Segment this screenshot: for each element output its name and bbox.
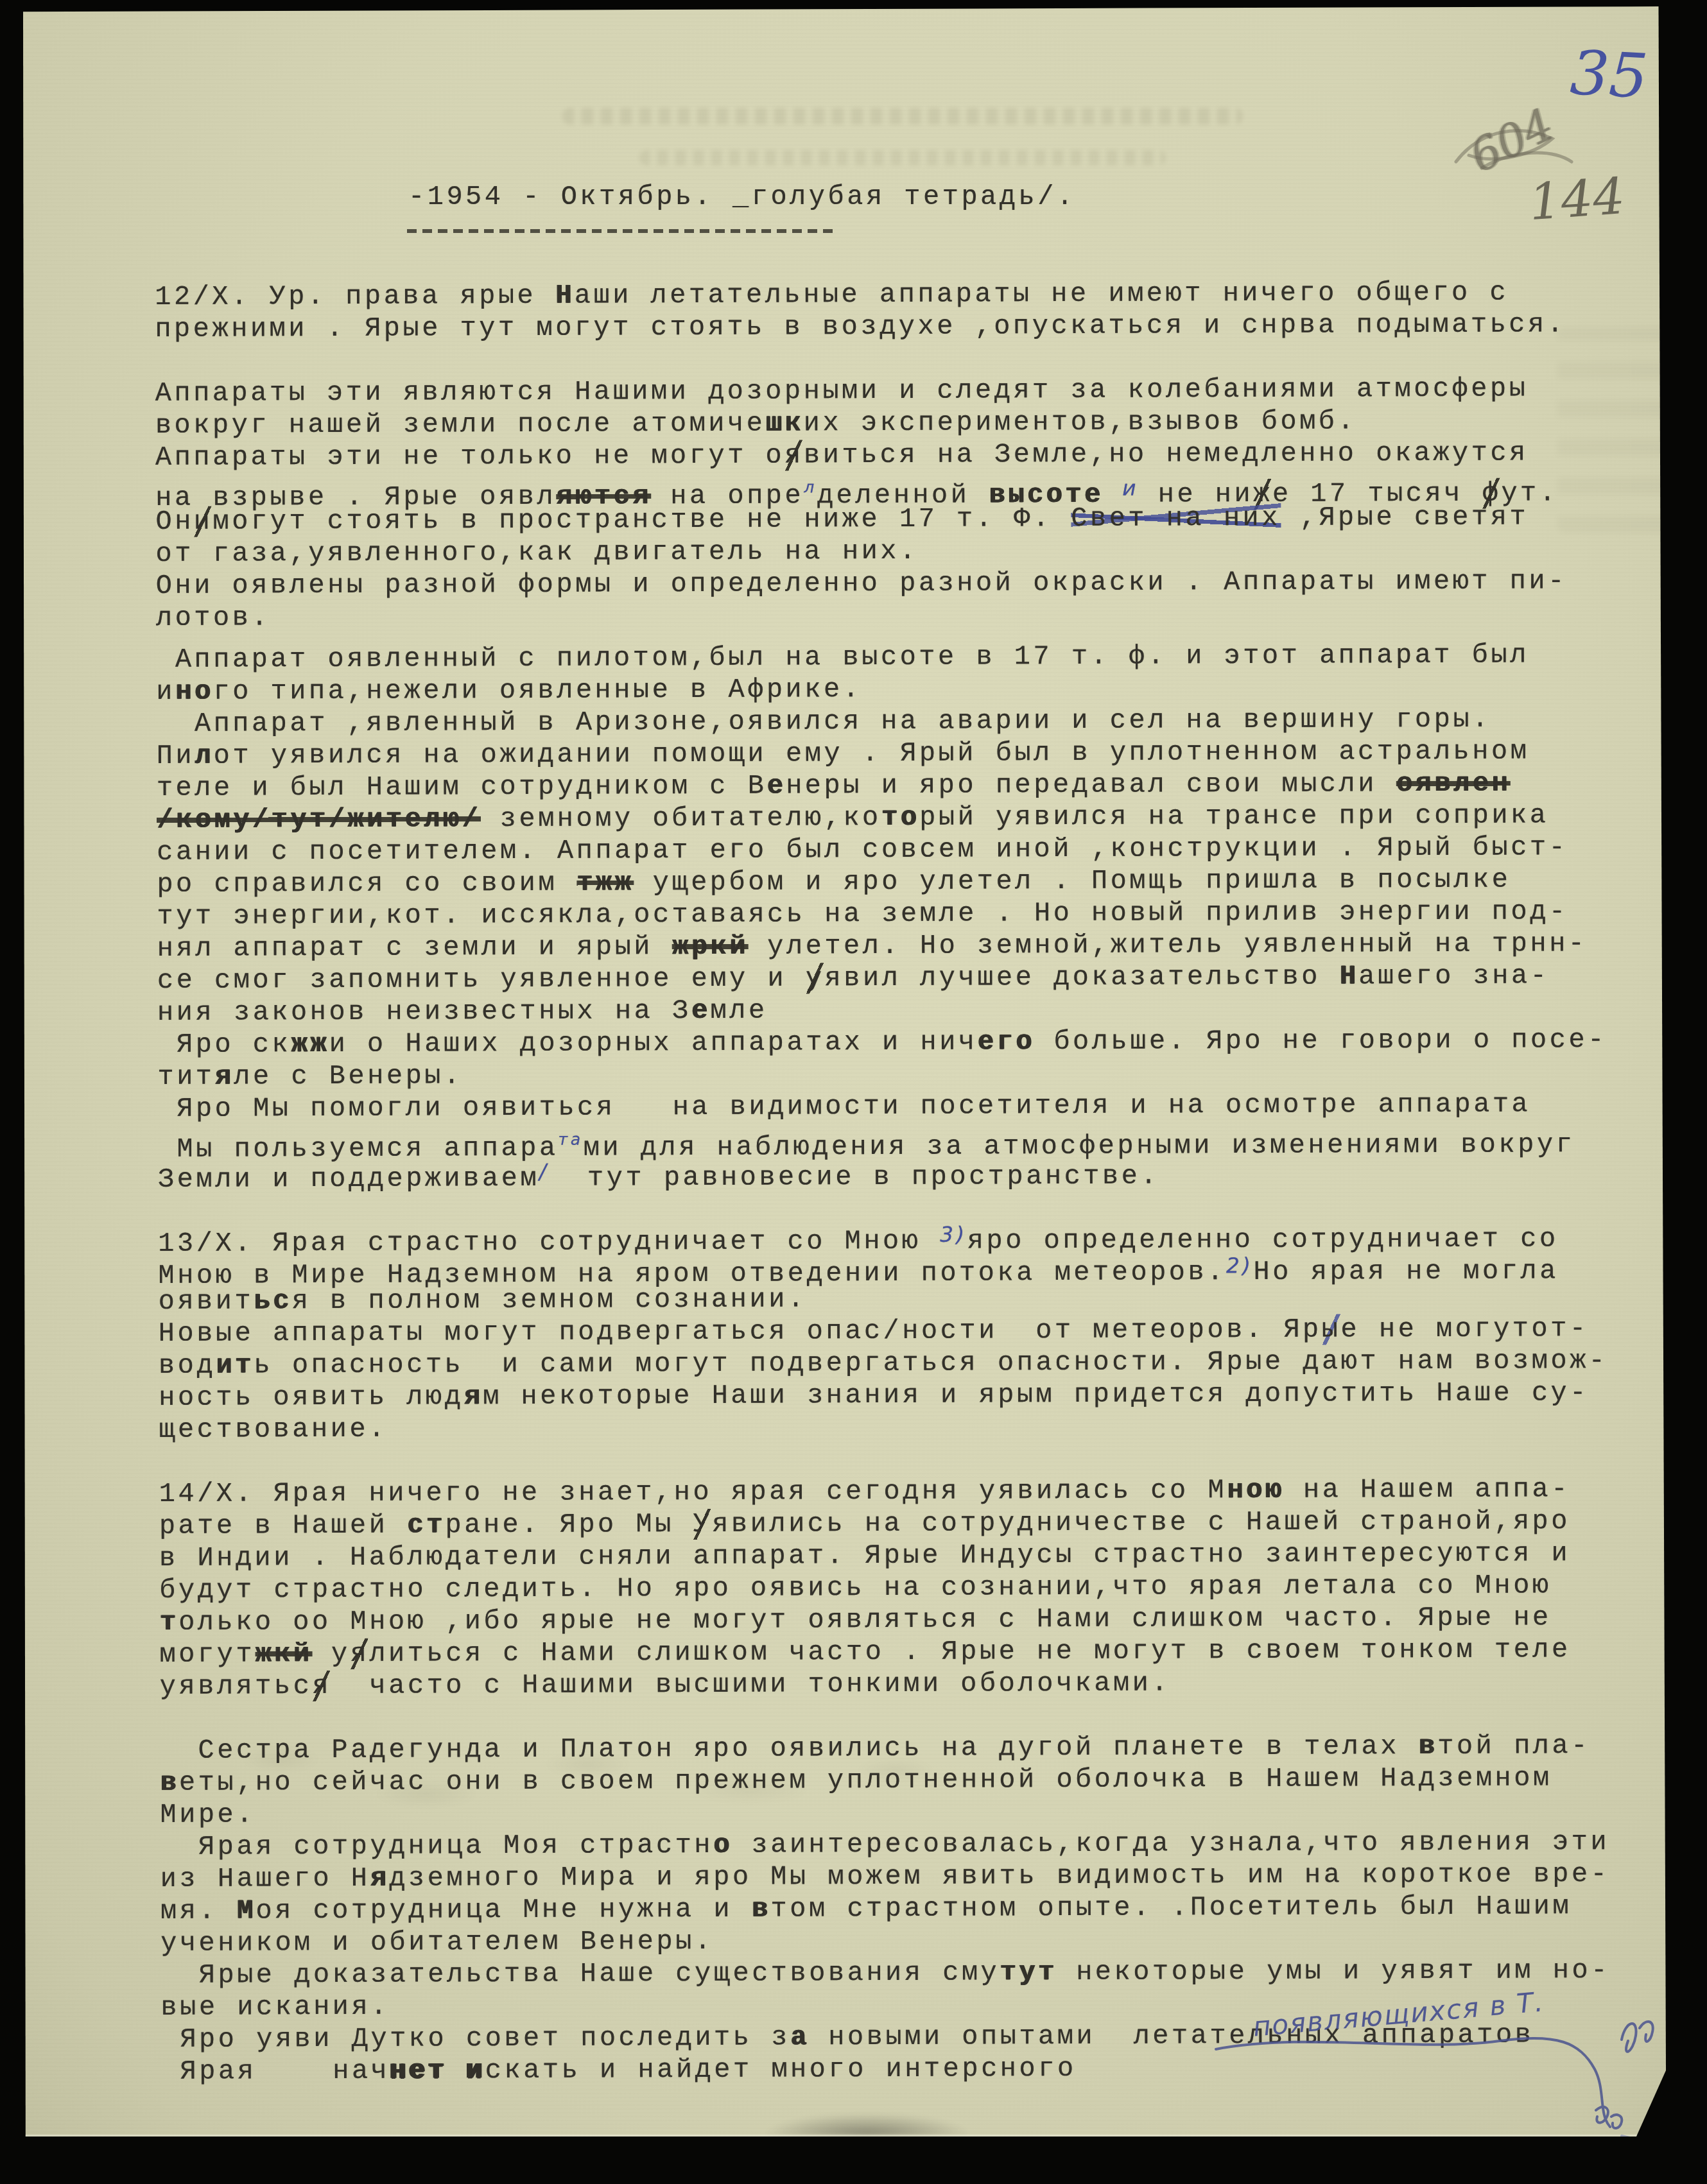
typed-ot: я [214, 1062, 234, 1092]
typed-text: ране. Яро Мы [445, 1509, 693, 1540]
typed-line: из Нашего Нядземного Мира и яро Мы можем… [160, 1858, 1611, 1895]
typed-text: Они оявлены разной формы и определенно р… [156, 565, 1567, 601]
typed-text: из Нашего Н [160, 1863, 370, 1895]
typed-line: ществование. [159, 1409, 1609, 1446]
typed-text: сании с посетителем. Аппарат его был сов… [157, 832, 1568, 868]
handwritten-pencil-number: 144 [1527, 168, 1627, 232]
typed-line: Аппараты эти являются Нашими дозорными и… [155, 372, 1606, 409]
typed-text: олько оо Мною ,ибо ярые не могут оявлять… [178, 1602, 1552, 1637]
typed-line: Мною в Мире Надземном на яром отведении … [158, 1248, 1609, 1285]
typed-text: Ярые доказательства Наше существования с… [160, 1957, 1000, 1991]
typed-text: еты,но сейчас они в своем прежнем уплотн… [179, 1762, 1552, 1798]
typed-tsl: я [312, 1671, 331, 1701]
typed-line: ность оявить людям некоторые Наши знания… [159, 1377, 1609, 1414]
paper-smudge [761, 2113, 973, 2136]
typed-line: Онимогут стоять в пространстве не ниже 1… [155, 501, 1606, 538]
typed-text: ществование. [159, 1414, 388, 1445]
typed-line: тут энергии,кот. иссякла,оставаясь на зе… [157, 895, 1607, 933]
typed-text: тит [157, 1062, 214, 1092]
typed-line [159, 1441, 1609, 1478]
typed-text: Новые аппараты могут подвергаться опас/н… [159, 1314, 1322, 1349]
typed-text: том страстном опыте. .Посетитель был Наш… [770, 1891, 1572, 1924]
typed-text: их экспериментов,взывов бомб. [804, 406, 1357, 438]
typed-line: Аппарат оявленный с пилотом,был на высот… [156, 639, 1607, 676]
typed-line: лотов. [156, 597, 1607, 634]
typed-line: /кому/тут/жителю/ земному обитателю,кото… [157, 799, 1607, 836]
typed-text: от уявился на ожидании помощи ему . Ярый… [214, 735, 1530, 771]
typed-text: Яро уяви Дутко совет последить з [161, 2022, 790, 2055]
typed-text: некоторые умы и уявят им но- [1057, 1955, 1610, 1988]
typed-text-block: 12/X. Ур. права ярые Наши летательные ап… [155, 276, 1612, 2088]
typed-line: 13/X. Ярая страстно сотрудничает со Мною… [158, 1216, 1609, 1253]
typed-text: теле и был Нашим сотрудником с В [157, 771, 767, 804]
handwritten-pencil-scribble: 604 [1462, 98, 1562, 183]
typed-text: го типа,нежели оявленные в Африке. [213, 674, 862, 707]
typed-text: учеником и обитателем Венеры. [160, 1926, 714, 1959]
typed-ot: л [195, 741, 214, 771]
typed-line: Пилот уявился на ожидании помощи ему . Я… [157, 735, 1607, 772]
typed-text: будут страстно следить. Но яро оявись на… [159, 1570, 1552, 1606]
typed-line [160, 1698, 1611, 1735]
typed-text: рый уявился на трансе при соприка [919, 800, 1548, 832]
typed-tsl: и [194, 506, 213, 537]
typed-text: скать и найдет много интерсного [485, 2053, 1077, 2086]
typed-ot: а [790, 2022, 810, 2052]
typed-ot: ною [1227, 1475, 1284, 1506]
typed-text: вые искания. [160, 1991, 390, 2023]
typed-tsl: я [784, 440, 804, 470]
typed-ot: но [175, 676, 214, 707]
typed-text: Яро ск [157, 1029, 291, 1060]
typed-line: титяле с Венеры. [157, 1056, 1608, 1093]
typed-line: уявляться часто с Нашими высшими тонкими… [160, 1665, 1611, 1703]
typed-text: Яро Мы помогли оявиться на видимости пос… [158, 1088, 1531, 1124]
typed-ot: его [977, 1026, 1034, 1057]
typed-line: иного типа,нежели оявленные в Африке. [156, 671, 1607, 708]
typed-text: земному обитателю,ко [481, 802, 881, 834]
typed-st: жкй [255, 1638, 312, 1669]
typed-text: нял аппарат с земли и ярый [157, 931, 672, 964]
typed-ot: ьс [254, 1285, 292, 1316]
typed-ot: в [160, 1767, 179, 1798]
typed-text: дземного Мира и яро Мы можем явить видим… [389, 1859, 1609, 1894]
typed-line: рате в Нашей стране. Яро Мы Уявились на … [159, 1505, 1610, 1542]
typed-ot: М [237, 1895, 256, 1926]
typed-text: могут стоять в пространстве не ниже 17 т… [212, 503, 1071, 537]
typed-text: е не могутот- [1340, 1313, 1588, 1345]
typed-ot: я [370, 1863, 389, 1894]
typed-text: лотов. [156, 602, 270, 633]
title-underline-rule [407, 229, 838, 233]
typed-text: больше. Яро не говори о посе- [1035, 1024, 1607, 1057]
typed-text: часто с Нашими высшими тонкими оболочкам… [331, 1667, 1170, 1701]
typed-tsl: я [351, 1638, 370, 1669]
typed-line: ро справился со своим тжж ущербом и яро … [157, 863, 1607, 900]
typed-ot: о [713, 1830, 732, 1861]
typed-text: се смог запомнить уявленное ему и [157, 963, 806, 996]
typed-ot: тут [1000, 1957, 1057, 1988]
typed-ot: в [1418, 1731, 1437, 1762]
typed-line: учеником и обитателем Венеры. [160, 1922, 1611, 1959]
ink-correction: и [1122, 476, 1139, 501]
typed-text: и о Наших дозорных аппаратах и нич [329, 1026, 978, 1060]
typed-text: Аппараты эти не только не могут о [155, 440, 784, 473]
typed-line: прежними . Ярые тут могут стоять в возду… [155, 308, 1606, 345]
typed-text: оя сотрудница Мне нужна и [256, 1894, 751, 1927]
typed-line: только оо Мною ,ибо ярые не могут оявлят… [159, 1601, 1610, 1638]
typed-text: в Индии . Наблюдатели сняли аппарат. Яры… [159, 1538, 1570, 1574]
typed-line: Мы пользуемся аппаратами для наблюдения … [158, 1120, 1609, 1157]
ink-correction: 2) [1226, 1253, 1254, 1278]
typed-text: Ярая сотрудница Моя страстн [160, 1830, 714, 1862]
typed-ot: то [881, 802, 920, 833]
typed-line: Яро скжжи о Наших дозорных аппаратах и н… [157, 1024, 1608, 1061]
typed-st: тжж [576, 867, 634, 898]
typed-text: Пи [157, 741, 195, 771]
typed-ot: т [159, 1607, 178, 1638]
typed-line: ния законов неизвестных на Земле [157, 992, 1608, 1029]
typed-line: 14/X. Ярая ничего не знает,но ярая сегод… [159, 1473, 1610, 1510]
typed-text: уявлятьс [160, 1671, 313, 1702]
typed-ot: е [691, 995, 711, 1026]
offset-print-ghost [639, 150, 1166, 166]
typed-text: той пла- [1437, 1730, 1590, 1762]
typed-text: от газа,уявленного,как двигатель на них. [155, 536, 918, 569]
typed-line: нял аппарат с земли и ярый жркй улетел. … [157, 927, 1608, 965]
typed-text: ния законов неизвестных на З [157, 995, 691, 1028]
typed-line: сании с посетителем. Аппарат его был сов… [157, 831, 1607, 868]
typed-line: на взрыве . Ярые оявляются на опрелделен… [155, 469, 1606, 506]
typed-text: неры и яро передавал свои мысли [786, 768, 1396, 801]
typed-line: будут страстно следить. Но яро оявись на… [159, 1569, 1610, 1606]
typed-st: оявлен [1396, 768, 1511, 800]
typed-ot: е [767, 771, 786, 802]
typed-line: могутжкй уялиться с Нами слишком часто .… [159, 1633, 1610, 1671]
page-title: -1954 - Октябрь. _голубая тетрадь/. [408, 181, 1076, 213]
ink-correction: Свет на них [1071, 503, 1281, 534]
typed-text: Но ярая не могла [1253, 1255, 1558, 1287]
typed-bsl: ы [1322, 1314, 1341, 1345]
typed-text: Аппарат ,явленный в Аризоне,оявился на а… [156, 704, 1491, 739]
ink-correction: 3) [940, 1223, 967, 1247]
typed-text: ь опасность и сами могут подвергаться оп… [254, 1345, 1607, 1380]
typed-line: Яро Мы помогли оявиться на видимости пос… [158, 1088, 1609, 1125]
typed-text: ашего зна- [1358, 960, 1549, 992]
typed-text: у [312, 1638, 351, 1669]
typed-text: я в полном земном сознании. [292, 1284, 807, 1316]
typed-line: Ярая сотрудница Моя страстно заинтересов… [160, 1826, 1611, 1863]
typed-text: Он [155, 506, 194, 537]
typed-ot: Н [555, 280, 575, 311]
document-page: 35 604 144 -1954 - Октябрь. _голубая тет… [23, 6, 1666, 2137]
typed-line [155, 340, 1606, 377]
typed-text: ле с Венеры. [234, 1060, 463, 1092]
offset-print-ghost [562, 108, 1243, 125]
typed-text: оявит [159, 1285, 254, 1317]
typed-text: Мире. [160, 1799, 256, 1830]
typed-text: мле [710, 995, 767, 1026]
typed-text: ро справился со своим [157, 868, 576, 900]
typed-ot: ст [407, 1509, 446, 1540]
typed-text: рате в Нашей [159, 1510, 407, 1542]
typed-text: ность оявить люд [159, 1381, 464, 1413]
typed-text: ущербом и яро улетел . Помщь пришла в по… [634, 864, 1511, 899]
typed-text: тут равновесие в пространстве. [550, 1160, 1160, 1193]
typed-line: водить опасность и сами могут подвергать… [159, 1345, 1609, 1382]
typed-ot2: нет и [390, 2055, 485, 2086]
handwritten-page-number: 35 [1568, 38, 1649, 112]
typed-line: в Индии . Наблюдатели сняли аппарат. Яры… [159, 1537, 1610, 1574]
typed-line: Аппараты эти не только не могут оявиться… [155, 436, 1606, 474]
typed-text: Аппарат оявленный с пилотом,был на высот… [156, 639, 1529, 675]
typed-line: веты,но сейчас они в своем прежнем уплот… [160, 1762, 1611, 1799]
ink-correction: л [804, 477, 817, 496]
typed-line: Аппарат ,явленный в Аризоне,оявился на а… [156, 703, 1607, 740]
typed-text: улетел. Но земной,житель уявленный на тр… [748, 928, 1587, 962]
typed-text: литься с Нами слишком часто . Ярые не мо… [369, 1634, 1571, 1669]
typed-ot: шк [765, 408, 804, 438]
typed-line: Новые аппараты могут подвергаться опас/н… [159, 1312, 1609, 1350]
typed-text: явил лучшее доказательство [824, 961, 1339, 994]
typed-text: аши летательные аппараты не имеют ничего… [575, 277, 1509, 311]
typed-text: мя. [160, 1896, 237, 1927]
typed-text: на Нашем аппа- [1284, 1474, 1570, 1506]
typed-text: виться на Земле,но немедленно окажутся [804, 437, 1529, 470]
ink-correction: та [559, 1130, 584, 1149]
typed-ot: в [752, 1894, 771, 1925]
typed-st: жркй [672, 931, 749, 962]
typed-text: Сестра Радегунда и Платон яро оявились н… [160, 1731, 1419, 1766]
typed-text: и [156, 676, 175, 707]
typed-st: /кому/тут/жителю/ [157, 804, 481, 836]
typed-tsl: у [806, 963, 825, 993]
typed-text: ,Ярые светят [1281, 501, 1529, 533]
typed-text: вод [159, 1350, 216, 1381]
typed-text: м некоторые Наши знания и ярым придется … [483, 1377, 1589, 1412]
typed-text: вокруг нашей земли после атомиче [155, 408, 766, 441]
paper-edge-highlight [23, 2135, 1640, 2137]
typed-text: заинтересовалась,когда узнала,что явлени… [732, 1827, 1610, 1861]
typed-line: Ярая начнет искать и найдет много интерс… [161, 2051, 1612, 2088]
typed-tsl: У [693, 1509, 713, 1540]
typed-text: 12/X. Ур. права ярые [155, 280, 555, 313]
typed-line: се смог запомнить уявленное ему и уявил … [157, 959, 1608, 997]
scan-background: 35 604 144 -1954 - Октябрь. _голубая тет… [0, 0, 1707, 2184]
typed-text: Земли и поддерживаем [158, 1163, 539, 1195]
typed-line: от газа,уявленного,как двигатель на них. [155, 533, 1606, 570]
typed-ot: я [464, 1381, 483, 1412]
typed-text: явились на сотрудничестве с Нашей страно… [712, 1506, 1570, 1540]
typed-ot: Н [1339, 961, 1358, 992]
typed-text: прежними . Ярые тут могут стоять в возду… [155, 309, 1566, 345]
typed-text: Ярая нач [161, 2056, 390, 2087]
typed-line: Сестра Радегунда и Платон яро оявились н… [160, 1730, 1611, 1767]
typed-text: могут [159, 1638, 255, 1670]
typed-ot: ит [216, 1350, 254, 1380]
typed-line: теле и был Нашим сотрудником с Венеры и … [157, 767, 1607, 804]
typed-line: вокруг нашей земли после атомичешких экс… [155, 404, 1606, 442]
typed-line: мя. Моя сотрудница Мне нужна и втом стра… [160, 1890, 1611, 1927]
typed-line: 12/X. Ур. права ярые Наши летательные ап… [155, 276, 1606, 313]
typed-ot: жж [291, 1029, 329, 1060]
typed-text: Аппараты эти являются Нашими дозорными и… [155, 373, 1529, 408]
typed-text: тут энергии,кот. иссякла,оставаясь на зе… [157, 896, 1568, 932]
typed-line: Мире. [160, 1794, 1611, 1831]
typed-line: Ярые доказательства Наше существования с… [160, 1954, 1611, 1991]
typed-text: 14/X. Ярая ничего не знает,но ярая сегод… [159, 1475, 1227, 1509]
ink-correction: / [539, 1160, 550, 1184]
typed-line: Они оявлены разной формы и определенно р… [156, 565, 1607, 602]
